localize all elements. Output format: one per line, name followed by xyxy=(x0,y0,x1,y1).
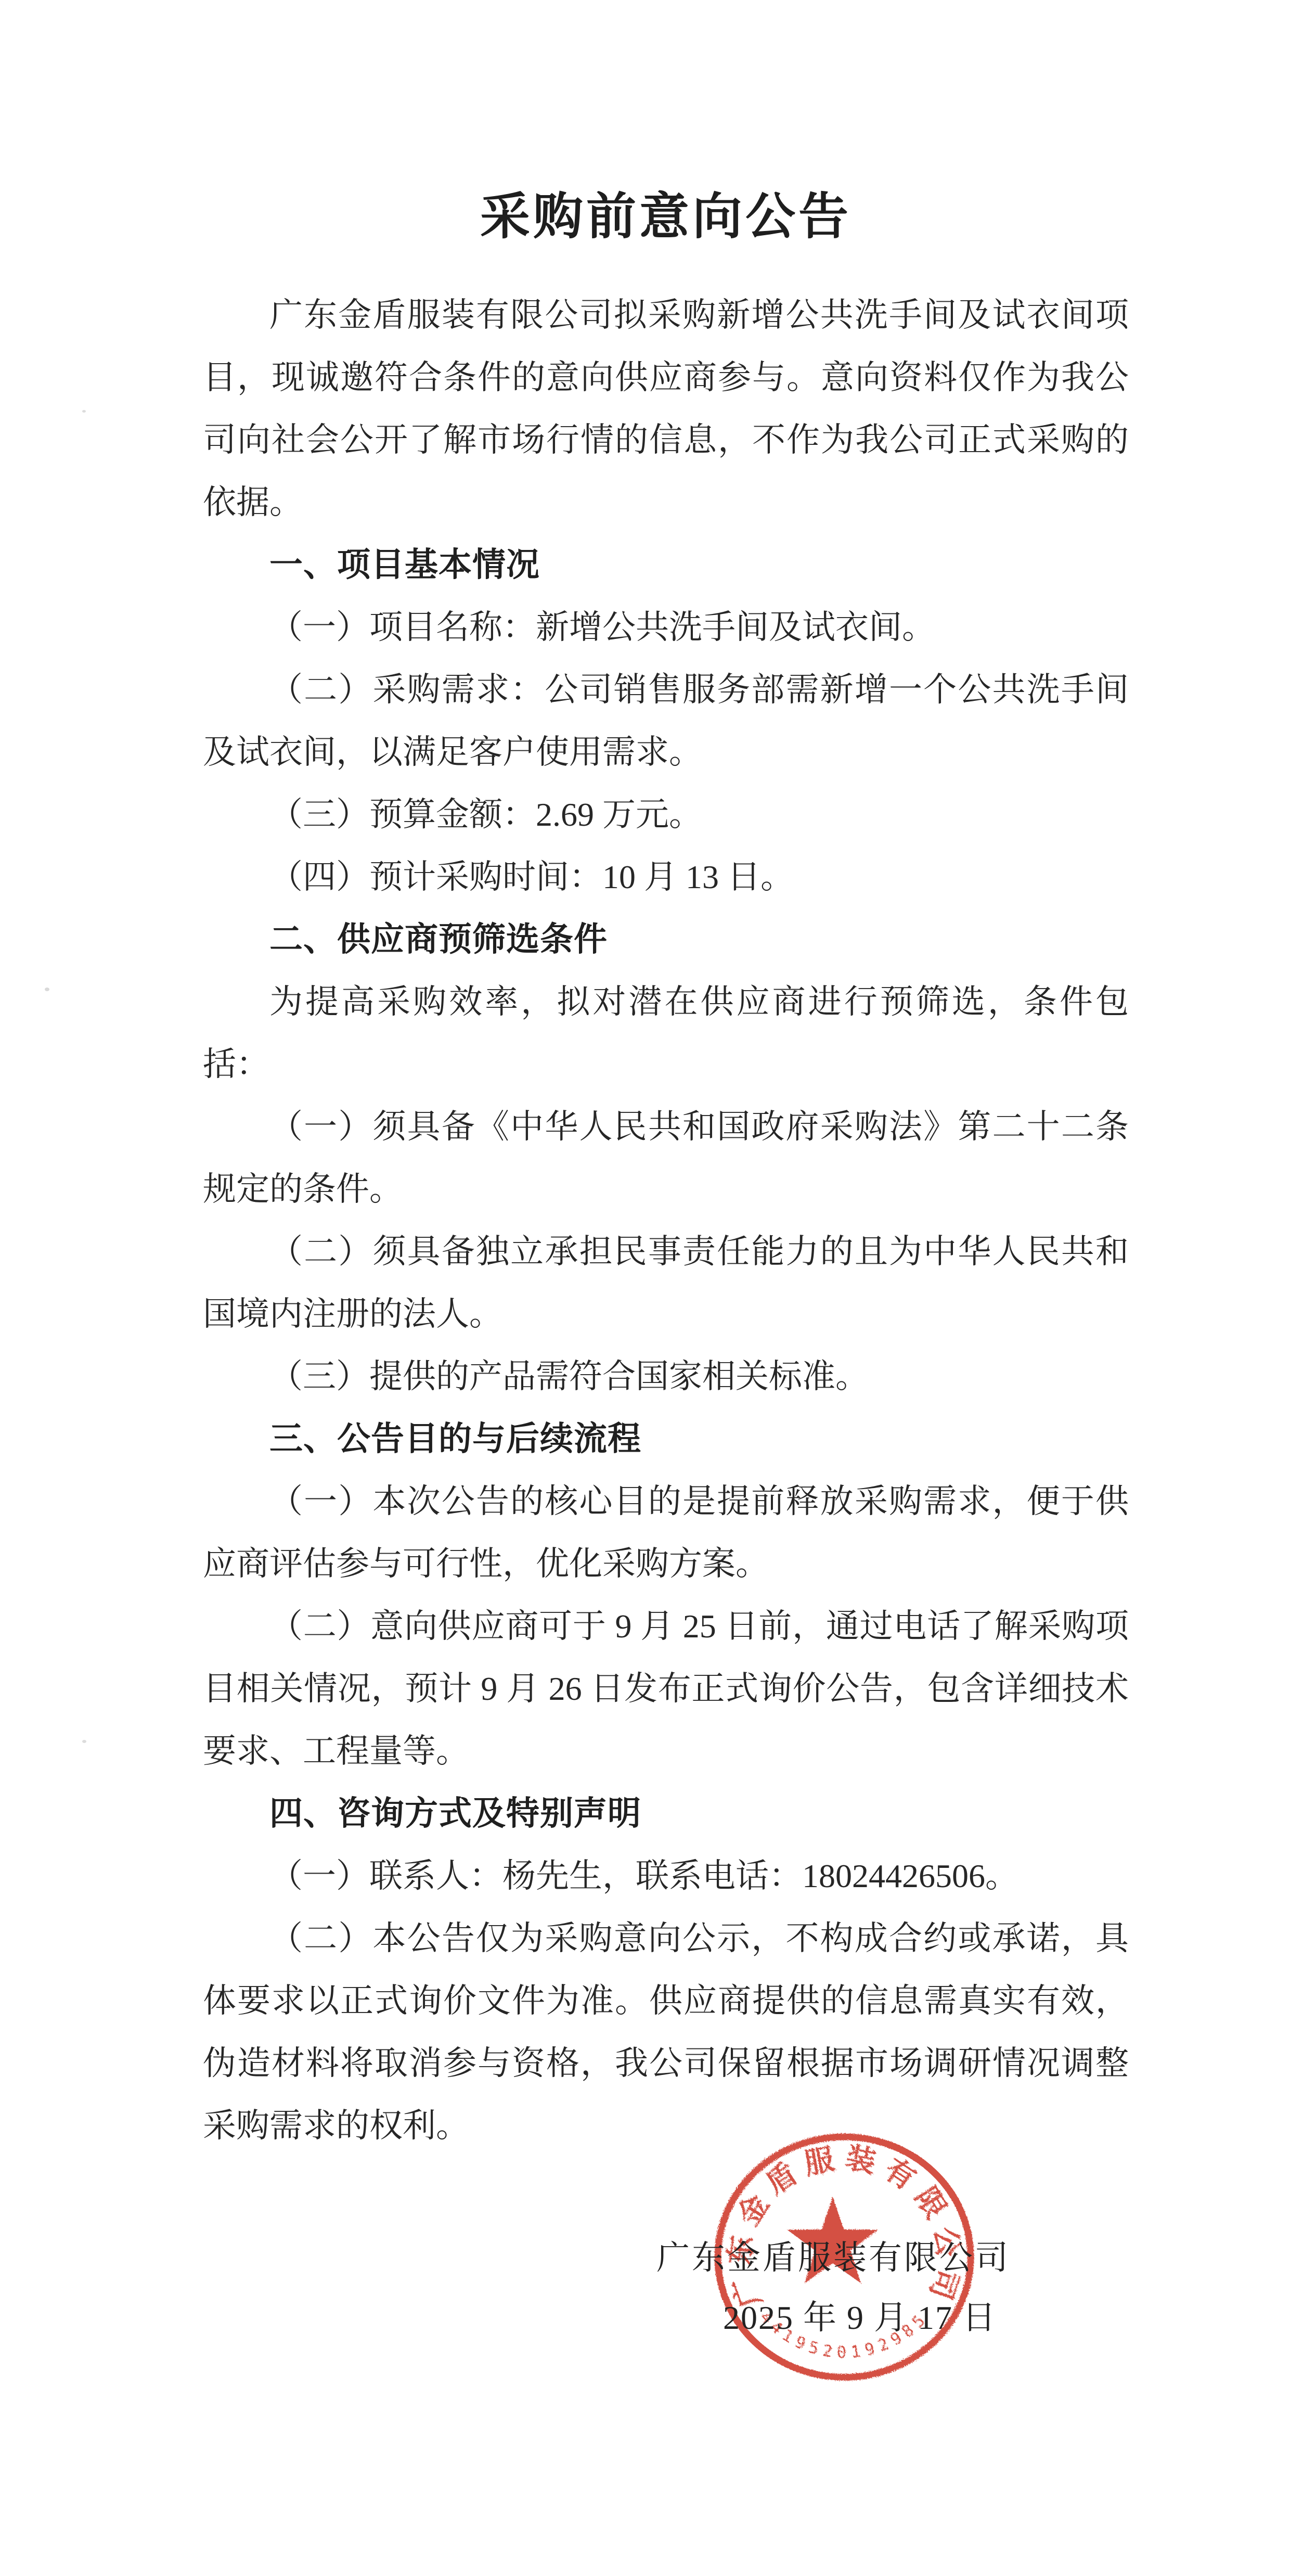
paragraph: 为提高采购效率，拟对潜在供应商进行预筛选，条件包括： xyxy=(203,971,1129,1096)
paragraph: （一）本次公告的核心目的是提前释放采购需求，便于供应商评估参与可行性，优化采购方… xyxy=(203,1470,1129,1595)
page-title: 采购前意向公告 xyxy=(203,192,1129,242)
paragraph: （二）采购需求：公司销售服务部需新增一个公共洗手间及试衣间，以满足客户使用需求。 xyxy=(203,659,1129,784)
signature-date: 2025 年 9 月 17 日 xyxy=(723,2301,997,2335)
paragraph: （二）须具备独立承担民事责任能力的且为中华人民共和国境内注册的法人。 xyxy=(203,1221,1129,1345)
paragraph: （二）本公告仅为采购意向公示，不构成合约或承诺，具体要求以正式询价文件为准。供应… xyxy=(203,1907,1129,2157)
paragraph: （一）联系人：杨先生，联系电话：18024426506。 xyxy=(203,1845,1129,1907)
paragraph: （一）项目名称：新增公共洗手间及试衣间。 xyxy=(203,596,1129,659)
paragraph: （四）预计采购时间：10 月 13 日。 xyxy=(203,846,1129,908)
intro-paragraph: 广东金盾服装有限公司拟采购新增公共洗手间及试衣间项目，现诚邀符合条件的意向供应商… xyxy=(203,284,1129,534)
section-3-heading: 三、公告目的与后续流程 xyxy=(203,1408,1129,1470)
document-body: 采购前意向公告 广东金盾服装有限公司拟采购新增公共洗手间及试衣间项目，现诚邀符合… xyxy=(203,192,1129,2157)
scan-speck xyxy=(45,988,49,991)
paragraph: （三）提供的产品需符合国家相关标准。 xyxy=(203,1345,1129,1408)
section-4-heading: 四、咨询方式及特别声明 xyxy=(203,1783,1129,1845)
section-1-heading: 一、项目基本情况 xyxy=(203,534,1129,596)
scan-speck xyxy=(82,410,86,413)
document-page: 采购前意向公告 广东金盾服装有限公司拟采购新增公共洗手间及试衣间项目，现诚邀符合… xyxy=(0,0,1290,2576)
paragraph: （二）意向供应商可于 9 月 25 日前，通过电话了解采购项目相关情况，预计 9… xyxy=(203,1595,1129,1783)
paragraph: （一）须具备《中华人民共和国政府采购法》第二十二条规定的条件。 xyxy=(203,1096,1129,1221)
scan-speck xyxy=(82,1740,86,1743)
section-2-heading: 二、供应商预筛选条件 xyxy=(203,908,1129,971)
paragraph: （三）预算金额：2.69 万元。 xyxy=(203,784,1129,846)
company-signature: 广东金盾服装有限公司 xyxy=(656,2241,1010,2275)
